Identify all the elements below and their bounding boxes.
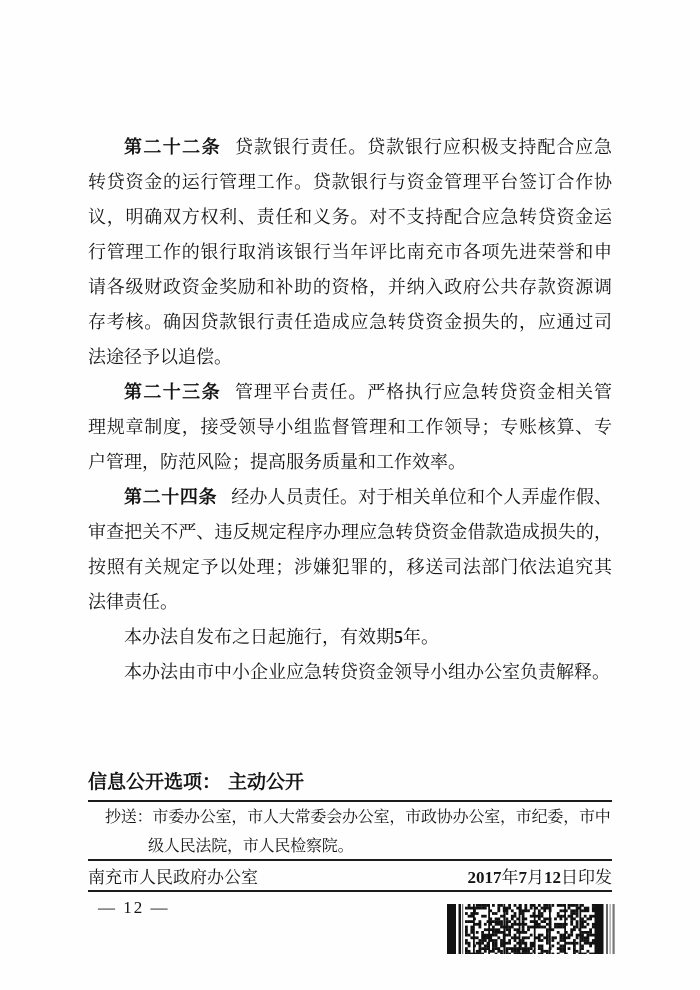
line-text: 户管理，防范风险；提高服务质量和工作效率。 [88,452,466,472]
body-line: 法律责任。 [88,585,612,620]
footer-divider-middle [88,859,612,861]
line-text: 按照有关规定予以处理；涉嫌犯罪的，移送司法部门依法追究其 [88,557,612,577]
body-line: 第二十四条经办人员责任。对于相关单位和个人弄虚作假、 [88,480,612,515]
body-line: 行管理工作的银行取消该银行当年评比南充市各项先进荣誉和申 [88,235,612,270]
line-text: 审查把关不严、违反规定程序办理应急转贷资金借款造成损失的， [88,522,612,542]
info-disclosure-value: 主动公开 [228,772,304,793]
cc-line: 抄送：市委办公室，市人大常委会办公室，市政协办公室，市纪委，市中 [105,803,622,832]
footer-divider-bottom [88,890,612,892]
body-line: 理规章制度，接受领导小组监督管理和工作领导；专账核算、专 [88,410,612,445]
body-line: 议，明确双方权利、责任和义务。对不支持配合应急转贷资金运 [88,200,612,235]
line-text: 理规章制度，接受领导小组监督管理和工作领导；专账核算、专 [88,417,612,437]
print-date: 2017年7月12日印发 [468,863,613,888]
line-text: 议，明确双方权利、责任和义务。对不支持配合应急转贷资金运 [88,207,612,227]
line-text: 本办法自发布之日起施行，有效期5年。 [124,627,439,647]
body-line: 法途径予以追偿。 [88,340,612,375]
cc-block: 抄送：市委办公室，市人大常委会办公室，市政协办公室，市纪委，市中 级人民法院，市… [88,803,622,861]
line-text: 法律责任。 [88,592,178,612]
document-barcode-icon [447,904,617,954]
body-line: 审查把关不严、违反规定程序办理应急转贷资金借款造成损失的， [88,515,612,550]
line-text: 法途径予以追偿。 [88,347,232,367]
issuer-row: 南充市人民政府办公室 2017年7月12日印发 [88,862,612,889]
body-line: 本办法由市中小企业应急转贷资金领导小组办公室负责解释。 [88,655,612,690]
body-line: 转贷资金的运行管理工作。贷款银行与资金管理平台签订合作协 [88,165,612,200]
footer-divider-top [88,800,612,802]
cc-line: 级人民法院，市人民检察院。 [148,832,622,861]
body-line: 第二十三条管理平台责任。严格执行应急转贷资金相关管 [88,375,612,410]
body-line: 本办法自发布之日起施行，有效期5年。 [88,620,612,655]
line-text: 贷款银行责任。贷款银行应积极支持配合应急 [235,137,612,157]
line-text: 存考核。确因贷款银行责任造成应急转贷资金损失的，应通过司 [88,312,612,332]
issuing-office: 南充市人民政府办公室 [88,863,258,888]
cc-label: 抄送： [105,809,152,826]
body-line: 第二十二条贷款银行责任。贷款银行应积极支持配合应急 [88,130,612,165]
article-number: 第二十三条 [124,382,221,402]
body-line: 按照有关规定予以处理；涉嫌犯罪的，移送司法部门依法追究其 [88,550,612,585]
cc-text: 市委办公室，市人大常委会办公室，市政协办公室，市纪委，市中 [152,809,610,826]
line-text: 行管理工作的银行取消该银行当年评比南充市各项先进荣誉和申 [88,242,612,262]
body-line: 存考核。确因贷款银行责任造成应急转贷资金损失的，应通过司 [88,305,612,340]
info-disclosure-row: 信息公开选项：主动公开 [88,769,612,796]
document-body: 第二十二条贷款银行责任。贷款银行应积极支持配合应急转贷资金的运行管理工作。贷款银… [88,130,612,690]
line-text: 请各级财政资金奖励和补助的资格，并纳入政府公共存款资源调 [88,277,612,297]
article-number: 第二十二条 [124,137,221,157]
body-line: 户管理，防范风险；提高服务质量和工作效率。 [88,445,612,480]
article-number: 第二十四条 [124,487,217,507]
body-line: 请各级财政资金奖励和补助的资格，并纳入政府公共存款资源调 [88,270,612,305]
line-text: 经办人员责任。对于相关单位和个人弄虚作假、 [231,487,612,507]
line-text: 转贷资金的运行管理工作。贷款银行与资金管理平台签订合作协 [88,172,612,192]
page-number: — 12 — [98,895,170,920]
document-page: 第二十二条贷款银行责任。贷款银行应积极支持配合应急转贷资金的运行管理工作。贷款银… [0,0,700,990]
line-text: 本办法由市中小企业应急转贷资金领导小组办公室负责解释。 [124,662,610,682]
line-text: 管理平台责任。严格执行应急转贷资金相关管 [235,382,612,402]
info-disclosure-label: 信息公开选项： [88,772,221,793]
